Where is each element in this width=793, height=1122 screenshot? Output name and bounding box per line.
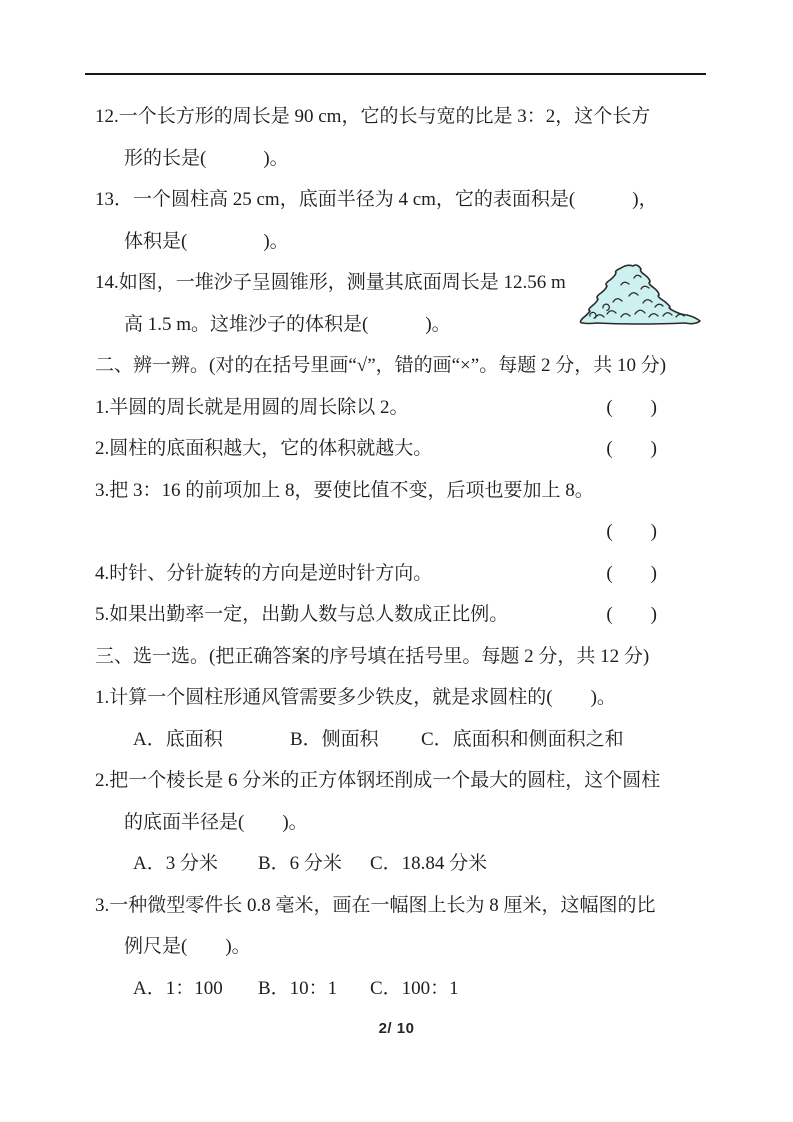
choice-2-options: A．3 分米 B．6 分米 C．18.84 分米 <box>95 843 707 885</box>
choice-1-option-a: A．底面积 <box>133 719 290 761</box>
question-12-line-1: 12.一个长方形的周长是 90 cm，它的长与宽的比是 3：2，这个长方 <box>95 96 707 138</box>
choice-2-stem-line-2: 的底面半径是( )。 <box>95 802 707 844</box>
judge-item-3-answer-parentheses: ( ) <box>95 511 657 553</box>
judge-item-4-text: 4.时针、分针旋转的方向是逆时针方向。 <box>95 553 432 595</box>
question-13-line-2: 体积是( )。 <box>95 221 707 263</box>
exam-content: 12.一个长方形的周长是 90 cm，它的长与宽的比是 3：2，这个长方 形的长… <box>95 96 707 1009</box>
judge-item-1: 1.半圆的周长就是用圆的周长除以 2。 ( ) <box>95 387 657 429</box>
judge-item-4-answer-parentheses: ( ) <box>606 553 657 595</box>
judge-item-5-text: 5.如果出勤率一定，出勤人数与总人数成正比例。 <box>95 594 508 636</box>
question-14-line-1: 14.如图，一堆沙子呈圆锥形，测量其底面周长是 12.56 m <box>95 262 707 304</box>
header-rule <box>85 73 706 75</box>
judge-item-5-answer-parentheses: ( ) <box>606 594 657 636</box>
choice-3-stem-line-2: 例尺是( )。 <box>95 926 707 968</box>
choice-3-stem-line-1: 3.一种微型零件长 0.8 毫米，画在一幅图上长为 8 厘米，这幅图的比 <box>95 885 707 927</box>
choice-3-option-a: A．1：100 <box>133 968 258 1010</box>
choice-2-option-c: C．18.84 分米 <box>370 843 487 885</box>
question-13-line-1: 13．一个圆柱高 25 cm，底面半径为 4 cm，它的表面积是( )， <box>95 179 707 221</box>
judge-item-2-answer-parentheses: ( ) <box>606 428 657 470</box>
judge-item-1-answer-parentheses: ( ) <box>606 387 657 429</box>
section-choice-title: 三、选一选。(把正确答案的序号填在括号里。每题 2 分，共 12 分) <box>95 636 707 678</box>
judge-item-5: 5.如果出勤率一定，出勤人数与总人数成正比例。 ( ) <box>95 594 657 636</box>
judge-item-1-text: 1.半圆的周长就是用圆的周长除以 2。 <box>95 387 409 429</box>
choice-2-option-b: B．6 分米 <box>258 843 370 885</box>
choice-1-stem: 1.计算一个圆柱形通风管需要多少铁皮，就是求圆柱的( )。 <box>95 677 707 719</box>
choice-1-option-c: C．底面积和侧面积之和 <box>421 719 624 761</box>
section-judge-title: 二、辨一辨。(对的在括号里画“√”，错的画“×”。每题 2 分，共 10 分) <box>95 345 707 387</box>
choice-1-options: A．底面积 B．侧面积 C．底面积和侧面积之和 <box>95 719 707 761</box>
judge-item-4: 4.时针、分针旋转的方向是逆时针方向。 ( ) <box>95 553 657 595</box>
page-number: 2/ 10 <box>0 1020 793 1037</box>
choice-1-option-b: B．侧面积 <box>290 719 421 761</box>
choice-3-option-b: B．10：1 <box>258 968 370 1010</box>
choice-2-stem-line-1: 2.把一个棱长是 6 分米的正方体钢坯削成一个最大的圆柱，这个圆柱 <box>95 760 707 802</box>
choice-3-option-c: C．100：1 <box>370 968 459 1010</box>
judge-item-3-text: 3.把 3：16 的前项加上 8，要使比值不变，后项也要加上 8。 <box>95 470 707 512</box>
exam-page: 12.一个长方形的周长是 90 cm，它的长与宽的比是 3：2，这个长方 形的长… <box>0 0 793 1122</box>
choice-2-option-a: A．3 分米 <box>133 843 258 885</box>
choice-3-options: A．1：100 B．10：1 C．100：1 <box>95 968 707 1010</box>
judge-item-2: 2.圆柱的底面积越大，它的体积就越大。 ( ) <box>95 428 657 470</box>
judge-item-2-text: 2.圆柱的底面积越大，它的体积就越大。 <box>95 428 432 470</box>
question-12-line-2: 形的长是( )。 <box>95 138 707 180</box>
question-14-line-2: 高 1.5 m。这堆沙子的体积是( )。 <box>95 304 707 346</box>
